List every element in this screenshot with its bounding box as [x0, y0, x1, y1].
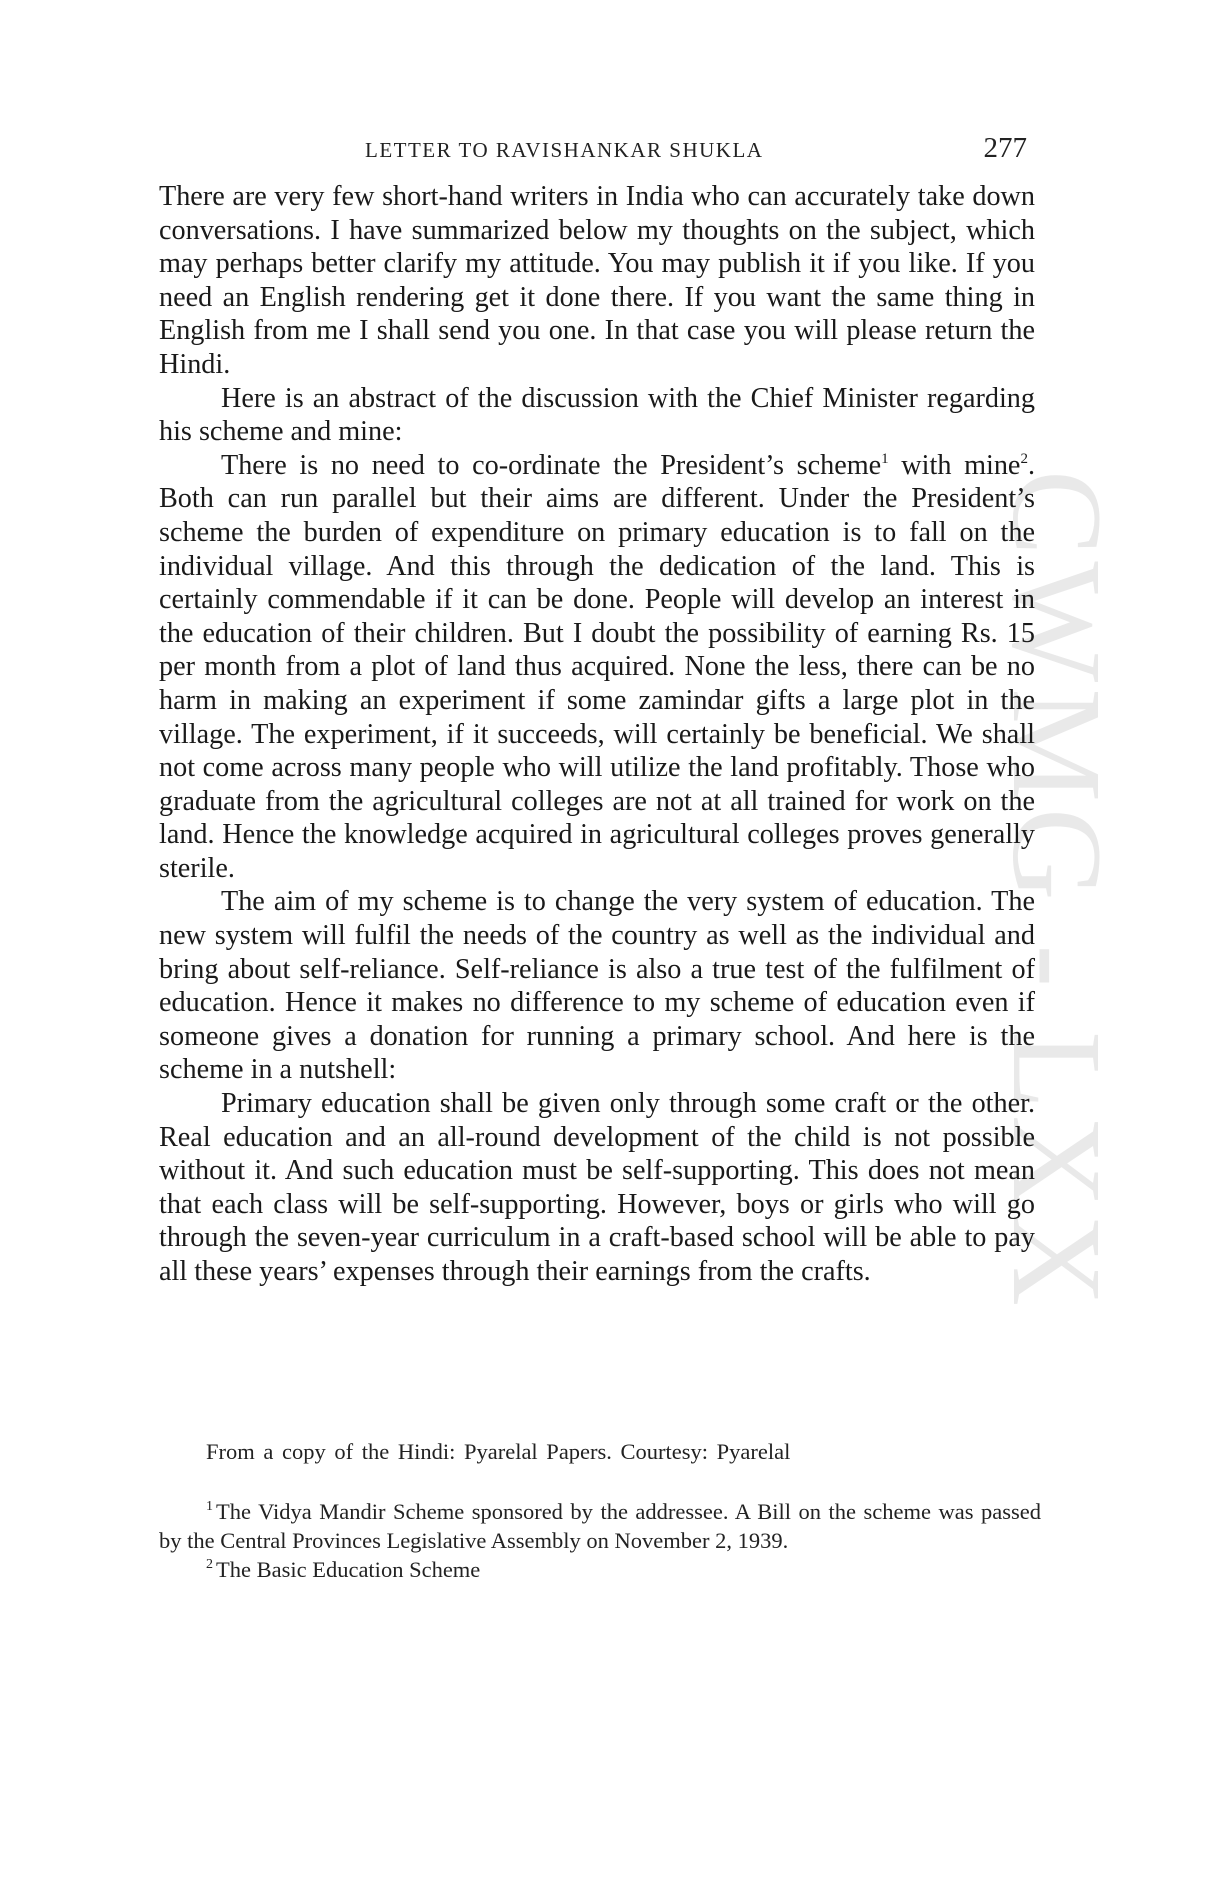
body-text: There are very few short-hand writers in…: [159, 180, 1035, 1289]
paragraph-text: . Both can run parallel but their aims a…: [159, 450, 1035, 884]
paragraph: There are very few short-hand writers in…: [159, 180, 1035, 382]
footnote-text: The Basic Education Scheme: [216, 1557, 480, 1582]
paragraph-text: with mine: [889, 450, 1021, 481]
running-head: Letter to Ravishankar Shukla 277: [159, 134, 1035, 170]
footnote-mark: 1: [206, 1499, 213, 1514]
paragraph-text: There is no need to co-ordinate the Pres…: [221, 450, 881, 481]
footnotes: 1The Vidya Mandir Scheme sponsored by th…: [159, 1497, 1041, 1584]
footnote: 2The Basic Education Scheme: [159, 1555, 1041, 1584]
footnote-mark: 2: [206, 1557, 213, 1572]
source-note: From a copy of the Hindi: Pyarelal Paper…: [206, 1439, 790, 1465]
footnote-reference[interactable]: 1: [881, 451, 889, 467]
running-title: Letter to Ravishankar Shukla: [365, 138, 763, 163]
footnote: 1The Vidya Mandir Scheme sponsored by th…: [159, 1497, 1041, 1555]
page-number: 277: [984, 132, 1028, 165]
paragraph: Primary education shall be given only th…: [159, 1087, 1035, 1289]
paragraph: The aim of my scheme is to change the ve…: [159, 885, 1035, 1087]
footnote-reference[interactable]: 2: [1020, 451, 1028, 467]
footnote-text: The Vidya Mandir Scheme sponsored by the…: [159, 1499, 1041, 1553]
paragraph: Here is an abstract of the discussion wi…: [159, 382, 1035, 449]
paragraph: There is no need to co-ordinate the Pres…: [159, 449, 1035, 886]
